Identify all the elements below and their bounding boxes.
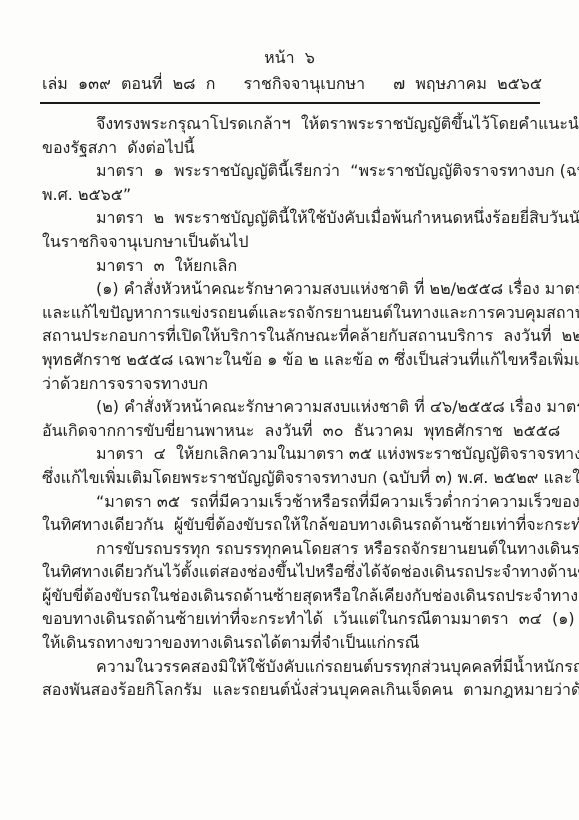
text-line: พุทธศักราช ๒๕๕๘ เฉพาะในข้อ ๑ ข้อ ๒ และข้… bbox=[42, 348, 542, 372]
text-line: ของรัฐสภา ดังต่อไปนี้ bbox=[42, 136, 542, 160]
header-rule bbox=[40, 102, 540, 104]
gazette-page: หน้า ๖ เล่ม ๑๓๙ ตอนที่ ๒๘ ก ราชกิจจานุเบ… bbox=[0, 0, 579, 820]
text-line: ซึ่งแก้ไขเพิ่มเติมโดยพระราชบัญญัติจราจรท… bbox=[42, 466, 542, 490]
text-line: จึงทรงพระกรุณาโปรดเกล้าฯ ให้ตราพระราชบัญ… bbox=[42, 112, 542, 136]
text-line: อันเกิดจากการขับขี่ยานพาหนะ ลงวันที่ ๓๐ … bbox=[42, 419, 542, 443]
document-body: จึงทรงพระกรุณาโปรดเกล้าฯ ให้ตราพระราชบัญ… bbox=[42, 112, 542, 702]
text-line: มาตรา ๓ ให้ยกเลิก bbox=[42, 254, 542, 278]
text-line: ความในวรรคสองมิให้ใช้บังคับแก่รถยนต์บรรท… bbox=[42, 655, 542, 679]
text-line: “มาตรา ๓๕ รถที่มีความเร็วช้าหรือรถที่มีค… bbox=[42, 490, 542, 514]
text-line: มาตรา ๔ ให้ยกเลิกความในมาตรา ๓๕ แห่งพระร… bbox=[42, 442, 542, 466]
gazette-title: ราชกิจจานุเบกษา bbox=[243, 74, 365, 94]
text-line: (๒) คำสั่งหัวหน้าคณะรักษาความสงบแห่งชาติ… bbox=[42, 395, 542, 419]
volume-part-label: เล่ม ๑๓๙ ตอนที่ ๒๘ ก bbox=[42, 74, 215, 94]
text-line: สถานประกอบการที่เปิดให้บริการในลักษณะที่… bbox=[42, 324, 542, 348]
gazette-date: ๗ พฤษภาคม ๒๕๖๕ bbox=[393, 74, 542, 94]
text-line: มาตรา ๑ พระราชบัญญัตินี้เรียกว่า “พระราช… bbox=[42, 159, 542, 183]
text-line: ในราชกิจจานุเบกษาเป็นต้นไป bbox=[42, 230, 542, 254]
text-line: ในทิศทางเดียวกันไว้ตั้งแต่สองช่องขึ้นไปห… bbox=[42, 560, 542, 584]
text-line: (๑) คำสั่งหัวหน้าคณะรักษาความสงบแห่งชาติ… bbox=[42, 277, 542, 301]
page-number-label: หน้า ๖ bbox=[0, 48, 579, 68]
text-line: สองพันสองร้อยกิโลกรัม และรถยนต์นั่งส่วนบ… bbox=[42, 678, 542, 702]
text-line: ผู้ขับขี่ต้องขับรถในช่องเดินรถด้านซ้ายสุ… bbox=[42, 584, 542, 608]
text-line: มาตรา ๒ พระราชบัญญัตินี้ให้ใช้บังคับเมื่… bbox=[42, 206, 542, 230]
text-line: ให้เดินรถทางขวาของทางเดินรถได้ตามที่จำเป… bbox=[42, 631, 542, 655]
text-line: ว่าด้วยการจราจรทางบก bbox=[42, 372, 542, 396]
text-line: การขับรถบรรทุก รถบรรทุกคนโดยสาร หรือรถจั… bbox=[42, 537, 542, 561]
text-line: ในทิศทางเดียวกัน ผู้ขับขี่ต้องขับรถให้ใก… bbox=[42, 513, 542, 537]
text-line: พ.ศ. ๒๕๖๕” bbox=[42, 183, 542, 207]
text-line: ขอบทางเดินรถด้านซ้ายเท่าที่จะกระทำได้ เว… bbox=[42, 607, 542, 631]
gazette-header: เล่ม ๑๓๙ ตอนที่ ๒๘ ก ราชกิจจานุเบกษา ๗ พ… bbox=[42, 74, 542, 94]
text-line: และแก้ไขปัญหาการแข่งรถยนต์และรถจักรยานยน… bbox=[42, 301, 542, 325]
